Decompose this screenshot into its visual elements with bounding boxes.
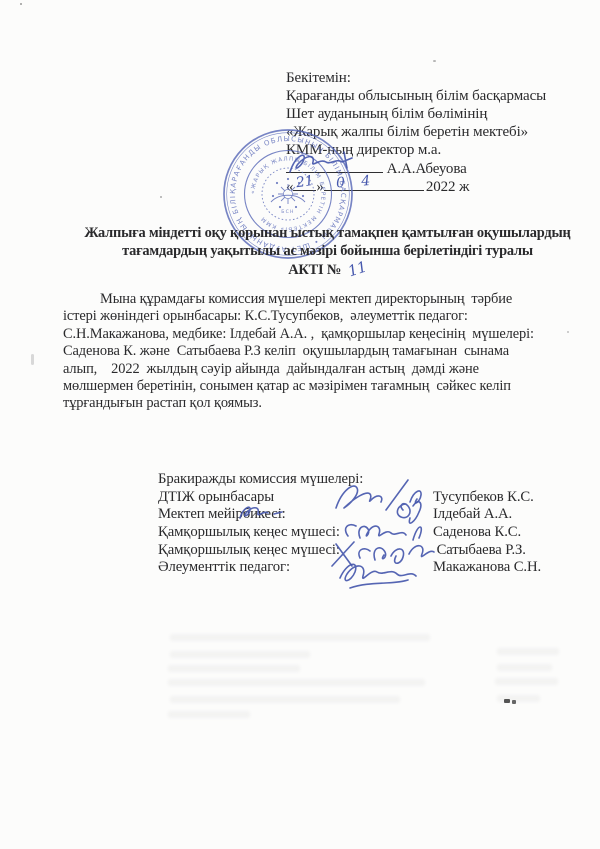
body-line: Мына құрамдағы комиссия мүшелері мектеп … — [63, 291, 534, 308]
scan-speck — [31, 354, 34, 365]
bleed-through-line — [497, 648, 559, 655]
scan-speck — [567, 331, 569, 333]
bleed-through-line — [168, 665, 300, 672]
scan-speck — [433, 60, 436, 62]
signature-row: Әлеументтік педагог:Макажанова С.Н. — [158, 559, 541, 577]
body-line: Саденова К. және Сатыбаева Р.З келіп оқу… — [63, 343, 534, 360]
body-line: С.Н.Макажанова, медбике: Ілдебай А.А. , … — [63, 326, 534, 343]
approval-label: Бекітемін: — [286, 69, 546, 87]
signature-row: Мектеп мейірбикесі:Ілдебай А.А. — [158, 506, 541, 524]
role-label: Мектеп мейірбикесі: — [158, 506, 433, 524]
body-line: алып, 2022 жылдың сәуір айында дайындалғ… — [63, 361, 534, 378]
role-label: Қамқоршылық кеңес мүшесі: — [158, 524, 433, 542]
director-name: А.А.Абеуова — [387, 161, 467, 177]
bleed-through-line — [168, 679, 425, 686]
handwritten-act-number: 11 — [346, 258, 369, 281]
act-label: АКТІ № — [288, 262, 341, 278]
scan-speck — [504, 699, 510, 703]
scan-speck — [160, 196, 162, 198]
bleed-through-line — [170, 634, 430, 641]
stamp-bsn-text: БСН — [281, 209, 294, 215]
stamp-center-emblem — [271, 178, 305, 208]
role-label: Қамқоршылық кеңес мүшесі: — [158, 542, 433, 560]
scan-speck — [20, 3, 22, 5]
signer-name: Саденова К.С. — [433, 524, 521, 540]
org-line-1: Қарағанды облысының білім басқармасы — [286, 87, 546, 105]
body-line: істері жөніндегі орынбасары: К.С.Тусупбе… — [63, 308, 534, 325]
signature-row: Қамқоршылық кеңес мүшесі:Саденова К.С. — [158, 524, 541, 542]
body-paragraph: Мына құрамдағы комиссия мүшелері мектеп … — [63, 291, 534, 413]
role-label: ДТІЖ орынбасары — [158, 489, 433, 507]
body-line: мөлшермен беретінін, сонымен қатар ас мә… — [63, 378, 534, 395]
title-line-1: Жалпыға міндетті оқу қорынан ыстық тамақ… — [60, 224, 595, 242]
signatures-heading: Бракиражды комиссия мүшелері: — [158, 471, 541, 489]
signature-row: Қамқоршылық кеңес мүшесі: Сатыбаева Р.З. — [158, 542, 541, 560]
document-title: Жалпыға міндетті оқу қорынан ыстық тамақ… — [60, 224, 595, 280]
signer-name: Ілдебай А.А. — [433, 506, 512, 522]
scanned-document-page: Бекітемін: Қарағанды облысының білім бас… — [0, 0, 600, 849]
commission-signatures-block: Бракиражды комиссия мүшелері: ДТІЖ орынб… — [158, 471, 541, 577]
year-label: 2022 ж — [426, 179, 470, 195]
act-number-line: АКТІ №11 — [60, 260, 595, 279]
title-line-2: тағамдардың уақытылы ас мәзірі бойынша б… — [60, 242, 595, 260]
bleed-through-line — [495, 678, 558, 685]
signer-name: Макажанова С.Н. — [433, 559, 541, 575]
bleed-through-line — [168, 711, 250, 718]
body-line: тұрғандығын растап қол қоямыз. — [63, 395, 534, 412]
role-label: Әлеументтік педагог: — [158, 559, 433, 577]
signer-name: Тусупбеков К.С. — [433, 489, 534, 505]
bleed-through-line — [170, 651, 310, 658]
signer-name: Сатыбаева Р.З. — [433, 542, 526, 558]
bleed-through-line — [170, 696, 400, 703]
signature-row: ДТІЖ орынбасарыТусупбеков К.С. — [158, 489, 541, 507]
bleed-through-line — [497, 664, 552, 671]
scan-speck — [512, 700, 516, 704]
